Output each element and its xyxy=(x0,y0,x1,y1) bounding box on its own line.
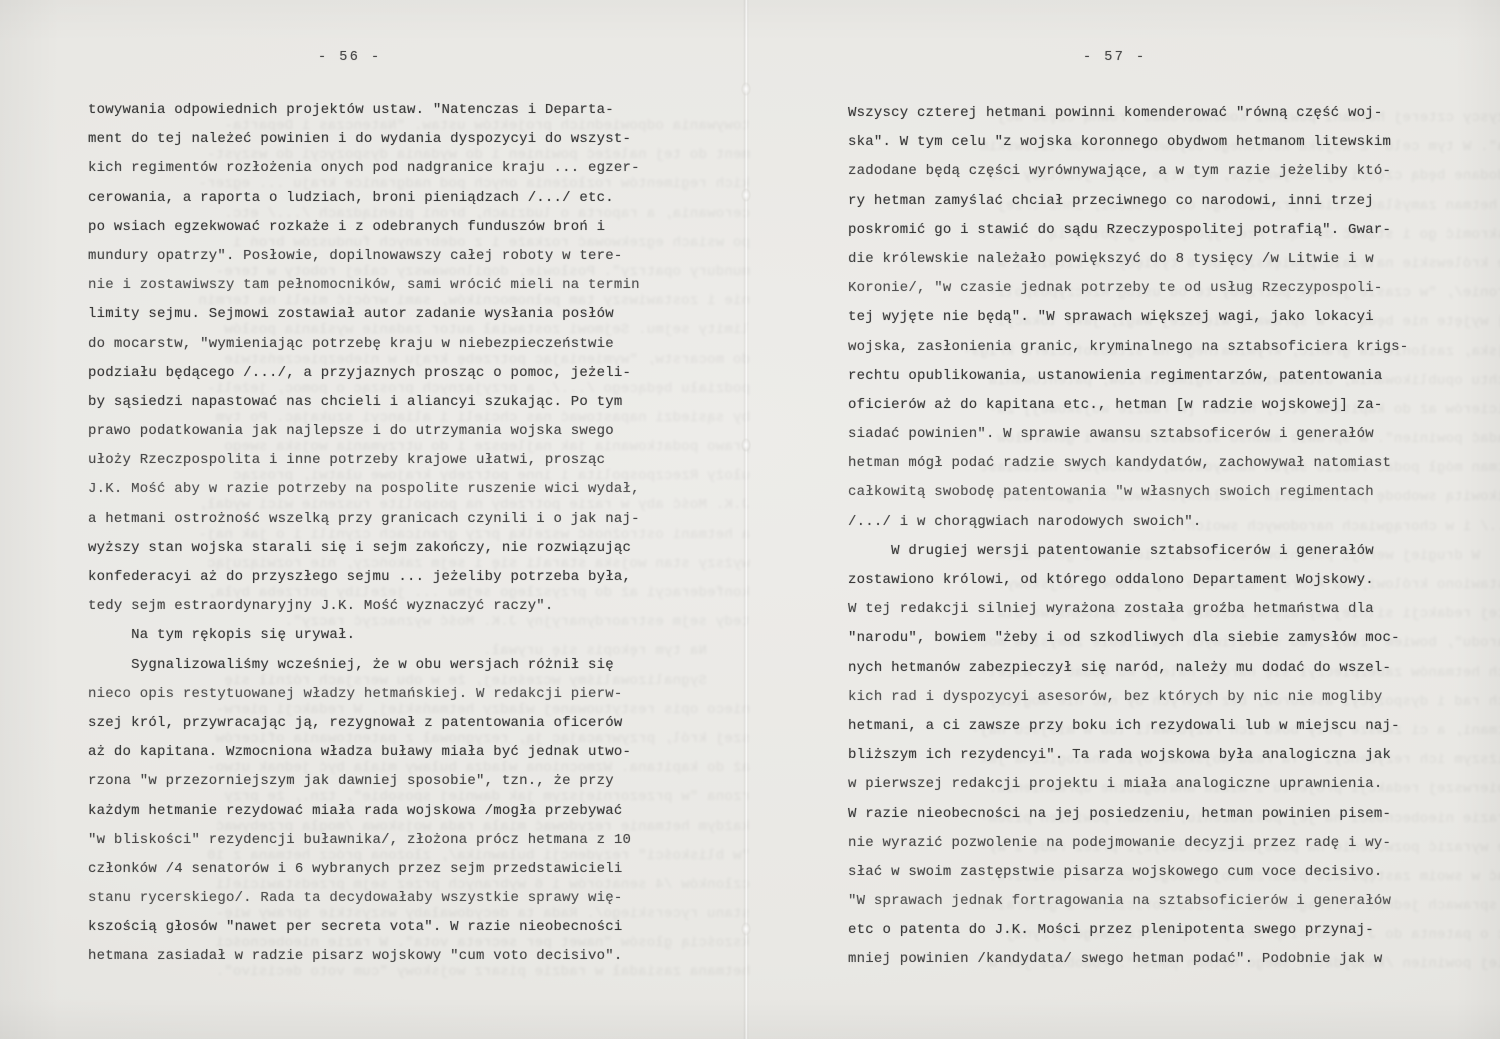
text-line: rechtu opublikowania, ustanowienia regim… xyxy=(848,362,1426,391)
text-line: oficierów aż do kapitana etc., hetman [w… xyxy=(848,391,1426,420)
text-line: mniej powinien /kandydata/ swego hetman … xyxy=(848,945,1426,974)
text-line: prawo podatkowania jak najlepsze i do ut… xyxy=(88,417,656,446)
page-number-56: - 56 - xyxy=(318,50,382,65)
text-line: całkowitą swobodę patentowania "w własny… xyxy=(848,478,1426,507)
text-line: do mocarstw, "wymieniając potrzebę kraju… xyxy=(88,330,656,359)
text-line: die królewskie należało powiększyć do 8 … xyxy=(848,245,1426,274)
text-line: tedy sejm estraordynaryjny J.K. Mość wyz… xyxy=(88,592,656,621)
text-line: zostawiono królowi, od którego oddalono … xyxy=(848,566,1426,595)
text-line: nie wyrazić pozwolenie na podejmowanie d… xyxy=(848,829,1426,858)
text-line: członków /4 senatorów i 6 wybranych prze… xyxy=(88,855,656,884)
text-line: hetmani, a ci zawsze przy boku ich rezyd… xyxy=(848,712,1426,741)
text-line: hetmana zasiadał w radzie pisarz wojskow… xyxy=(88,942,656,971)
text-line: ułoży Rzeczpospolita i inne potrzeby kra… xyxy=(88,446,656,475)
text-line: w pierwszej redakcji projektu i miała an… xyxy=(848,770,1426,799)
text-line: po wsiach egzekwować rozkaże i z odebran… xyxy=(88,213,656,242)
book-scan: towywania odpowiednich projektów ustaw. … xyxy=(0,0,1500,1039)
text-line: towywania odpowiednich projektów ustaw. … xyxy=(88,96,656,125)
text-line: poskromić go i stawić do sądu Rzeczyposp… xyxy=(848,216,1426,245)
text-line: nieco opis restytuowanej władzy hetmańsk… xyxy=(88,680,656,709)
text-line: nie i zostawiwszy tam pełnomocników, sam… xyxy=(88,271,656,300)
crease-notch xyxy=(741,922,751,936)
text-line: konfederacyi aż do przyszłego sejmu ... … xyxy=(88,563,656,592)
crease-notch xyxy=(741,438,751,452)
page-number-57: - 57 - xyxy=(1083,50,1147,65)
text-line: Koronie/, "w czasie jednak potrzeby te o… xyxy=(848,274,1426,303)
text-line: kich regimentów rozłożenia onych pod nad… xyxy=(88,154,656,183)
text-line: wyższy stan wojska starali się i sejm za… xyxy=(88,534,656,563)
text-line: Wszyscy czterej hetmani powinni komender… xyxy=(848,99,1426,128)
text-line: W drugiej wersji patentowanie sztabsofic… xyxy=(848,537,1426,566)
text-line: ment do tej należeć powinien i do wydani… xyxy=(88,125,656,154)
text-line: a hetmani ostrożność wszelką przy granic… xyxy=(88,505,656,534)
text-line: limity sejmu. Sejmowi zostawiał autor za… xyxy=(88,300,656,329)
text-line: Na tym rękopis się urywał. xyxy=(88,621,656,650)
text-line: kszością głosów "nawet per secreta vota"… xyxy=(88,913,656,942)
crease-notch xyxy=(741,188,751,202)
text-line: "w bliskości" rezydencji buławnika/, zło… xyxy=(88,826,656,855)
text-line: mundury opatrzy". Posłowie, dopilnowawsz… xyxy=(88,242,656,271)
text-line: Sygnalizowaliśmy wcześniej, że w obu wer… xyxy=(88,651,656,680)
text-line: słać w swoim zastępstwie pisarza wojskow… xyxy=(848,858,1426,887)
text-line: nych hetmanów zabezpieczył się naród, na… xyxy=(848,654,1426,683)
text-line: ry hetman zamyślać chciał przeciwnego co… xyxy=(848,187,1426,216)
text-line: bliższym ich rezydencyi". Ta rada wojsko… xyxy=(848,741,1426,770)
text-line: "W sprawach jednak fortragowania na szta… xyxy=(848,887,1426,916)
text-line: rzona "w przezorniejszym jak dawniej spo… xyxy=(88,767,656,796)
text-line: wojska, zasłonienia granic, kryminalnego… xyxy=(848,333,1426,362)
text-line: aż do kapitana. Wzmocniona władza buławy… xyxy=(88,738,656,767)
text-line: /.../ i w chorągwiach narodowych swoich"… xyxy=(848,508,1426,537)
text-line: W razie nieobecności na jej posiedzeniu,… xyxy=(848,800,1426,829)
text-line: ska". W tym celu "z wojska koronnego oby… xyxy=(848,128,1426,157)
text-line: stanu rycerskiego/. Rada ta decydowałaby… xyxy=(88,884,656,913)
text-line: szej król, przywracając ją, rezygnował z… xyxy=(88,709,656,738)
text-line: tej wyjęte nie będą". "W sprawach większ… xyxy=(848,303,1426,332)
text-line: podziału będącego /.../, a przyjaznych p… xyxy=(88,359,656,388)
crease-notch xyxy=(741,82,751,96)
text-line: J.K. Mość aby w razie potrzeby na pospol… xyxy=(88,475,656,504)
text-line: cerowania, a raporta o ludziach, broni p… xyxy=(88,184,656,213)
text-line: kich rad i dyspozycyi asesorów, bez któr… xyxy=(848,683,1426,712)
text-line: hetman mógł podać radzie swych kandydató… xyxy=(848,449,1426,478)
text-line: zadodane będą części wyrównywające, a w … xyxy=(848,157,1426,186)
text-line: W tej redakcji silniej wyrażona została … xyxy=(848,595,1426,624)
gutter-fold-crease xyxy=(743,0,749,1039)
page-56-body-text: towywania odpowiednich projektów ustaw. … xyxy=(88,96,656,972)
text-line: "narodu", bowiem "żeby i od szkodliwych … xyxy=(848,624,1426,653)
text-line: każdym hetmanie rezydować miała rada woj… xyxy=(88,797,656,826)
text-line: by sąsiedzi napastować nas chcieli i ali… xyxy=(88,388,656,417)
page-57-body-text: Wszyscy czterej hetmani powinni komender… xyxy=(848,99,1426,975)
text-line: etc o patenta do J.K. Mości przez plenip… xyxy=(848,916,1426,945)
text-line: siadać powinien". W sprawie awansu sztab… xyxy=(848,420,1426,449)
